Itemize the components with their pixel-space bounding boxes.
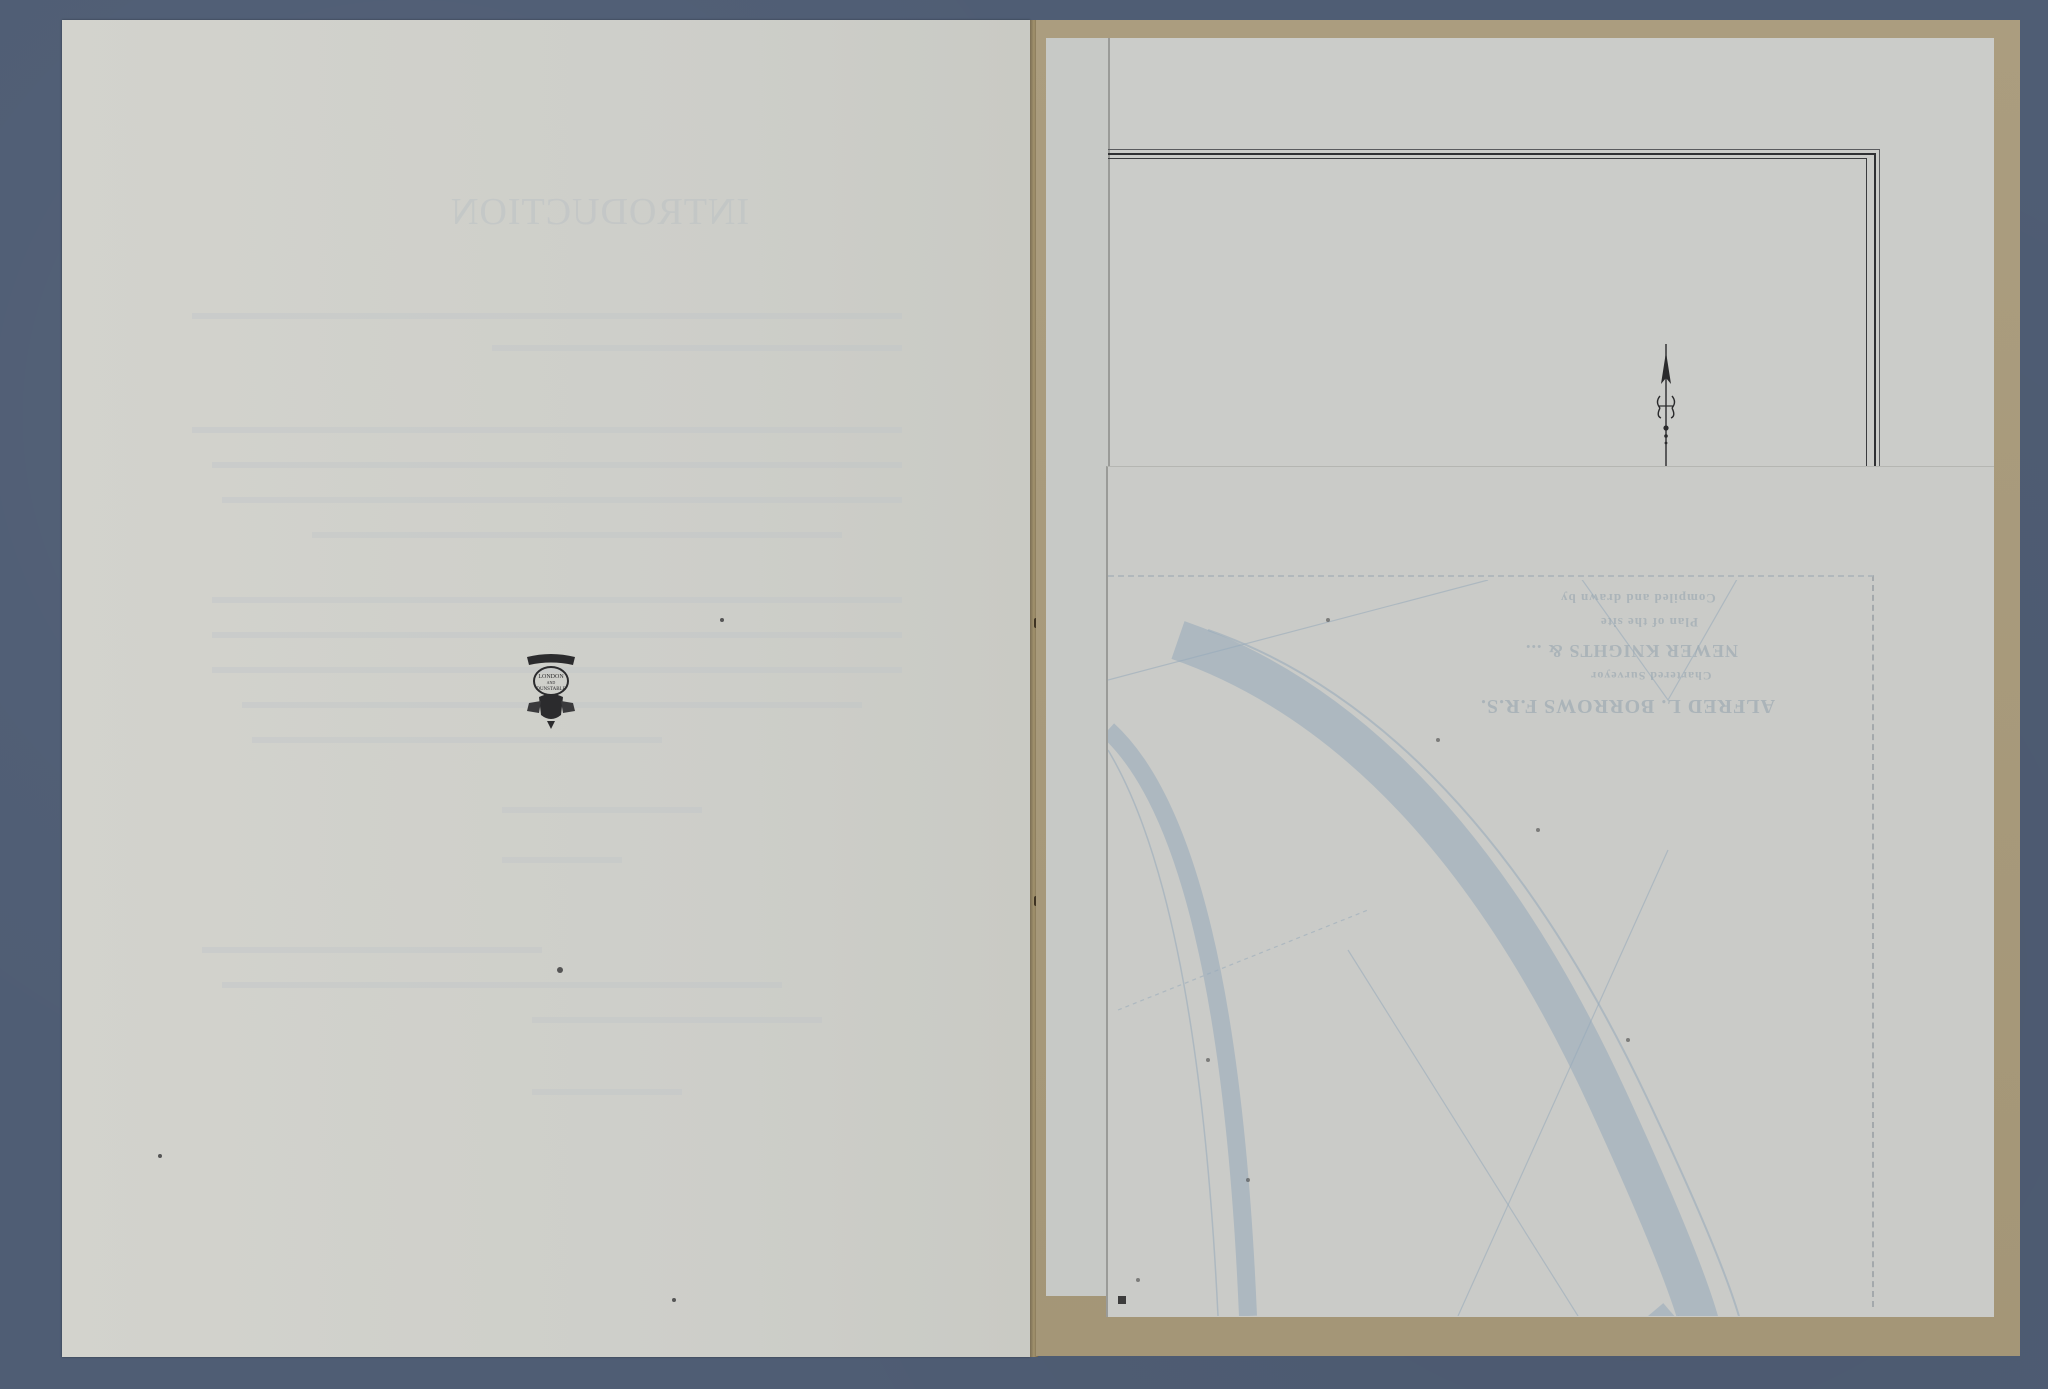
hinge-strip — [1046, 38, 1108, 1296]
stamp-text-line3: DUNSTABLE — [536, 687, 565, 692]
stamp-text-line2: AND — [547, 680, 556, 685]
show-through-title-line1: ALFRED L. BORROWS F.R.S. — [1480, 694, 1775, 717]
show-through-map-drawing — [1108, 580, 1992, 1316]
paper-tab — [1118, 1296, 1126, 1304]
map-frame-inner — [1108, 158, 1867, 474]
publisher-crest-icon: LONDON AND DUNSTABLE — [521, 651, 581, 729]
show-through-title-line5: Compiled and drawn by — [1560, 590, 1716, 606]
north-arrow-icon — [1651, 344, 1681, 470]
show-through-title-line2: Chartered Surveyor — [1590, 668, 1711, 683]
show-through-title-line3: NEWER KNIGHTS & ... — [1525, 640, 1738, 661]
show-through-title-line4: Plan of the site — [1600, 614, 1698, 630]
